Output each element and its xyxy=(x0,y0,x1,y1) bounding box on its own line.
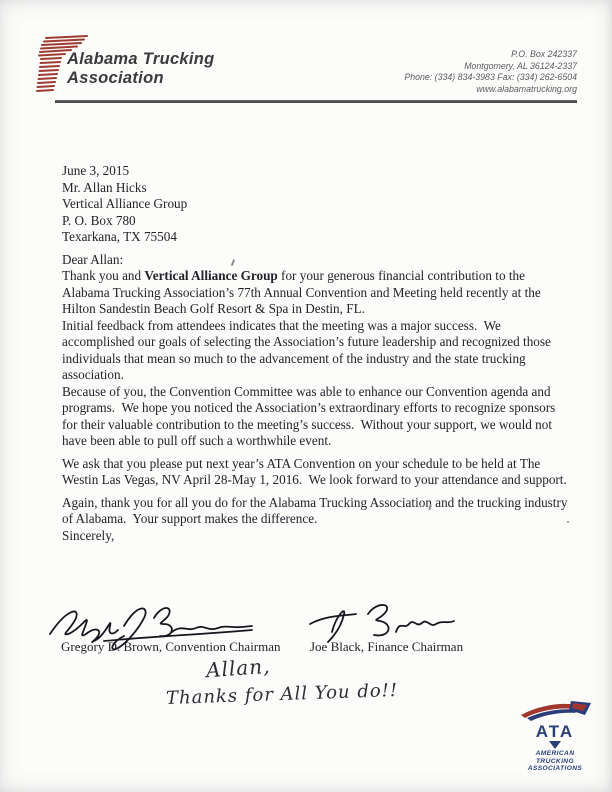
ata-swoosh-icon xyxy=(511,699,599,721)
american-trucking-associations-logo: ATA AMERICAN TRUCKING ASSOCIATIONS xyxy=(511,699,599,773)
ata-word-american: AMERICAN xyxy=(511,750,599,758)
contact-po-box: P.O. Box 242337 xyxy=(404,49,577,61)
paragraph-5: Again, thank you for all you do for the … xyxy=(62,495,568,528)
paragraph-1: Thank you and Vertical Alliance Group fo… xyxy=(62,268,568,318)
ata-acronym: ATA xyxy=(511,724,599,739)
signer-2-name-title: Joe Black, Finance Chairman xyxy=(310,639,463,655)
contact-city: Montgomery, AL 36124-2337 xyxy=(404,61,577,73)
paragraph-1-start: Thank you and xyxy=(62,268,144,283)
salutation: Dear Allan: xyxy=(62,252,568,269)
recipient-city-state: Texarkana, TX 75504 xyxy=(62,229,568,246)
recipient-address-block: Mr. Allan Hicks Vertical Alliance Group … xyxy=(62,180,568,246)
contact-phone-fax: Phone: (334) 834-3983 Fax: (334) 262-650… xyxy=(404,72,577,84)
recipient-name: Mr. Allan Hicks xyxy=(62,180,568,197)
paragraph-1-company-bold: Vertical Alliance Group xyxy=(144,268,277,283)
ata-word-associations: ASSOCIATIONS xyxy=(511,765,599,773)
handwritten-note-line2: Thanks for All You do!! xyxy=(166,680,399,709)
ata-triangle-icon xyxy=(549,741,561,749)
handwritten-note-line1: Allan, xyxy=(205,654,271,682)
ata-wordmark: AMERICAN TRUCKING ASSOCIATIONS xyxy=(511,750,599,773)
signer-1-name-title: Gregory D. Brown, Convention Chairman xyxy=(61,639,281,655)
letter-body: June 3, 2015 Mr. Allan Hicks Vertical Al… xyxy=(62,163,568,544)
letterhead-divider xyxy=(55,100,577,103)
contact-website: www.alabamatrucking.org xyxy=(404,84,577,96)
org-name-line2: Association xyxy=(67,69,215,88)
paragraph-4: We ask that you please put next year’s A… xyxy=(62,456,568,489)
recipient-po-box: P. O. Box 780 xyxy=(62,213,568,230)
recipient-company: Vertical Alliance Group xyxy=(62,196,568,213)
paragraph-3: Because of you, the Convention Committee… xyxy=(62,384,568,450)
paragraph-2: Initial feedback from attendees indicate… xyxy=(62,318,568,384)
scan-speck xyxy=(567,521,569,523)
closing: Sincerely, xyxy=(62,528,568,545)
letter-date: June 3, 2015 xyxy=(62,163,568,180)
org-name: Alabama Trucking Association xyxy=(67,50,215,88)
scanned-letter-page: Alabama Trucking Association P.O. Box 24… xyxy=(0,0,612,792)
letterhead-contact-block: P.O. Box 242337 Montgomery, AL 36124-233… xyxy=(404,49,577,95)
org-name-line1: Alabama Trucking xyxy=(67,50,215,69)
ata-word-trucking: TRUCKING xyxy=(511,758,599,766)
